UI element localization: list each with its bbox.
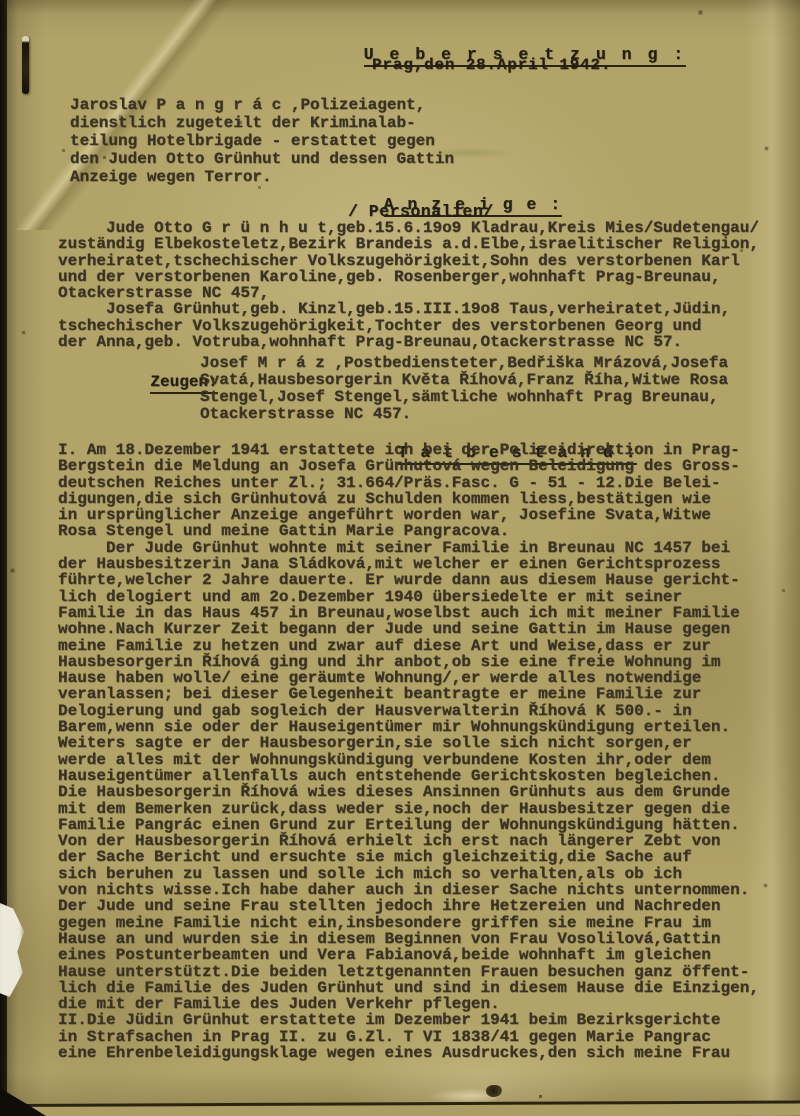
paper-page: U e b e r s e t z u n g : Prag,den 28.Ap… — [0, 0, 800, 1116]
text-line: der Anna,geb. Votruba,wohnhaft Prag-Breu… — [58, 334, 759, 350]
text-line: lich die Familie des Juden Grünhut und s… — [58, 980, 759, 996]
text-line: Svatá,Hausbesorgerin Květa Říhová,Franz … — [200, 372, 728, 389]
torn-patch — [0, 903, 24, 997]
text-line: teilung Hotelbrigade - erstattet gegen — [70, 132, 454, 150]
text-line: Der Jude Grünhut wohnte mit seiner Famil… — [58, 540, 759, 556]
text-line: eines Postunterbeamten und Vera Fabianov… — [58, 947, 759, 963]
text-line: wohne.Nach Kurzer Zeit begann der Jude u… — [58, 621, 759, 637]
witnesses-block: Josef M r á z ,Postbediensteter,Bedřiška… — [200, 355, 728, 423]
text-line: Jude Otto G r ü n h u t,geb.15.6.19o9 Kl… — [58, 220, 759, 236]
text-line: Barem,wenn sie oder der Hauseigentümer m… — [58, 719, 759, 735]
text-line: gegen meine Familie nicht ein,insbesonde… — [58, 915, 759, 931]
dateline: Prag,den 28.April 1942. — [372, 56, 611, 74]
text-line: Hauseigentümer allenfalls auch entstehen… — [58, 768, 759, 784]
text-line: deutschen Reiches unter Zl.; 31.664/Präs… — [58, 475, 759, 491]
text-line: verheiratet,tschechischer Volkszugehörig… — [58, 253, 759, 269]
text-line: Der Jude und seine Frau stellten jedoch … — [58, 898, 759, 914]
text-line: I. Am 18.Dezember 1941 erstattete ich be… — [58, 442, 759, 458]
text-line: II.Die Jüdin Grünhut erstattete im Dezem… — [58, 1012, 759, 1028]
text-line: zuständig Elbekosteletz,Bezirk Brandeis … — [58, 236, 759, 252]
text-line: Familie Pangrác einen Grund zur Erteilun… — [58, 817, 759, 833]
text-line: meine Familie zu hetzen und zwar auf die… — [58, 638, 759, 654]
text-line: Die Hausbesorgerin Říhová wies dieses An… — [58, 784, 759, 800]
bottom-page-edge — [0, 1101, 800, 1116]
text-line: Otackerstrasse NC 457. — [200, 406, 728, 423]
text-line: in Strafsachen in Prag II. zu G.Zl. T VI… — [58, 1029, 759, 1045]
text-line: Hausbesorgerin Říhová ging und ihr anbot… — [58, 654, 759, 670]
text-line: die mit der Familie des Juden Verkehr pf… — [58, 996, 759, 1012]
text-line: den Juden Otto Grünhut und dessen Gattin — [70, 150, 454, 168]
text-line: in ursprünglicher Anzeige angeführt word… — [58, 507, 759, 523]
text-line: Josefa Grünhut,geb. Kinzl,geb.15.III.19o… — [58, 301, 759, 317]
text-line: der Sache Bericht und ersuchte sie mich … — [58, 849, 759, 865]
text-line: tschechischer Volkszugehörigkeit,Tochter… — [58, 318, 759, 334]
text-line: Bergstein die Meldung an Josefa Grünhuto… — [58, 458, 759, 474]
text-line: veranlassen; bei dieser Gelegenheit bean… — [58, 686, 759, 702]
text-line: Rosa Stengel und meine Gattin Marie Pang… — [58, 523, 759, 539]
personalien-block: Jude Otto G r ü n h u t,geb.15.6.19o9 Kl… — [58, 220, 759, 350]
text-line: Weiters sagte er der Hausbesorgerin,sie … — [58, 735, 759, 751]
text-line: Otackerstrasse NC 457, — [58, 285, 759, 301]
text-line: lich delogiert und am 2o.Dezember 1940 ü… — [58, 589, 759, 605]
paper-specks — [0, 0, 1, 1]
text-line: Hause haben wolle/ eine geräumte Wohnung… — [58, 670, 759, 686]
text-line: Jaroslav P a n g r á c ,Polizeiagent, — [70, 96, 454, 114]
staple-mark — [22, 36, 29, 94]
text-line: von nichts wisse.Ich habe daher auch in … — [58, 882, 759, 898]
text-line: Hause an und wurden sie in diesem Beginn… — [58, 931, 759, 947]
text-line: und der verstorbenen Karoline,geb. Rosen… — [58, 269, 759, 285]
text-line: werde alles mit der Wohnungskündigung ve… — [58, 752, 759, 768]
text-line: Hause unterstützt.Die beiden letztgenann… — [58, 964, 759, 980]
text-line: Stengel,Josef Stengel,sämtliche wohnhaft… — [200, 389, 728, 406]
ink-blob — [486, 1085, 502, 1097]
text-line: mit dem Bemerken zurück,dass weder sie,n… — [58, 801, 759, 817]
text-line: Von der Hausbesorgerin Říhová erhielt ic… — [58, 833, 759, 849]
text-line: führte,welcher 2 Jahre dauerte. Er wurde… — [58, 572, 759, 588]
text-line: Delogierung und gab sogleich der Hausver… — [58, 703, 759, 719]
complainant-block: Jaroslav P a n g r á c ,Polizeiagent,die… — [70, 96, 454, 186]
text-line: digungen,die sich Grünhutová zu Schulden… — [58, 491, 759, 507]
text-line: dienstlich zugeteilt der Kriminalab- — [70, 114, 454, 132]
text-line: der Hausbesitzerin Jana Sládková,mit wel… — [58, 556, 759, 572]
text-line: eine Ehrenbeleidigungsklage wegen eines … — [58, 1045, 759, 1061]
body-block: I. Am 18.Dezember 1941 erstattete ich be… — [58, 442, 759, 1061]
text-line: Familie in das Haus 457 in Breunau,wosel… — [58, 605, 759, 621]
text-line: Josef M r á z ,Postbediensteter,Bedřiška… — [200, 355, 728, 372]
text-line: sich beruhen zu lassen und solle ich mic… — [58, 866, 759, 882]
